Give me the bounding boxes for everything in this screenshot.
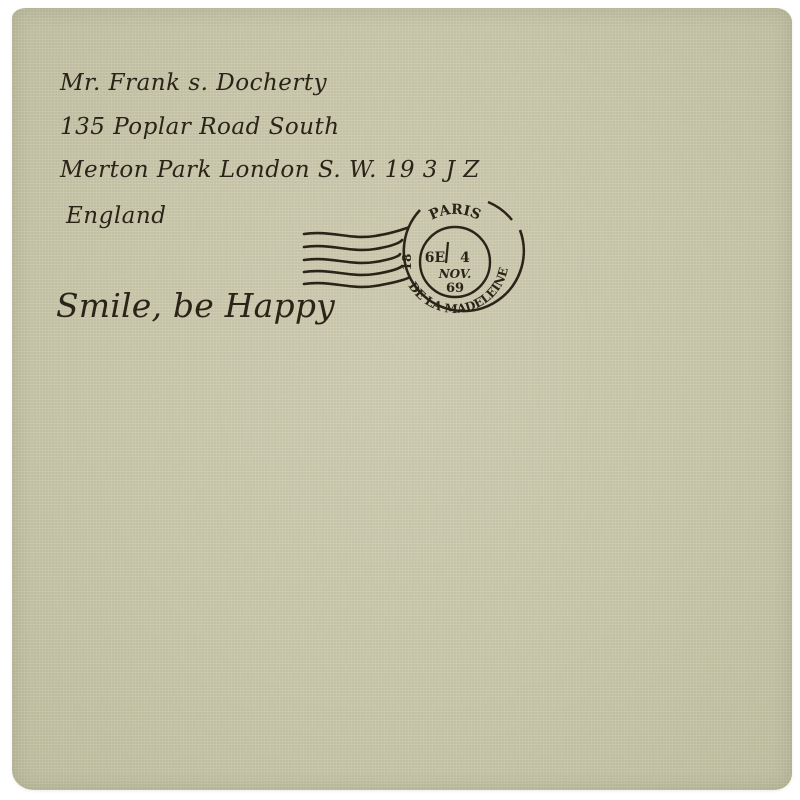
postmark-hour: 6E [425,250,445,266]
postmark-month: NOV. [438,267,472,281]
address-line-city: Merton Park London S. W. 19 3 J Z [60,157,480,183]
address-line-street: 135 Poplar Road South [60,114,340,140]
postmark-side-text: 18 [400,254,414,271]
postmark-top-text: PARIS [427,202,483,224]
postmark-stamp-icon: PARIS DE LA MADELEINE 18 6E 4 NOV. 69 [290,190,530,330]
postmark-year: 69 [446,281,464,296]
postmark-day: 4 [460,250,470,266]
address-line-name: Mr. Frank s. Docherty [60,70,327,96]
cancellation-lines [304,228,408,287]
address-line-country: England [66,203,166,229]
